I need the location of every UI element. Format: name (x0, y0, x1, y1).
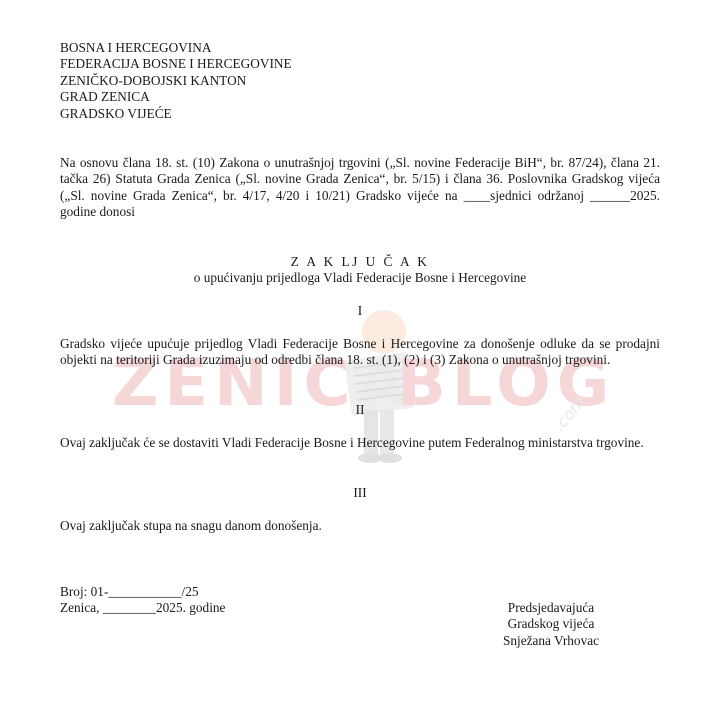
document-reference: Broj: 01-___________/25 Zenica, ________… (60, 584, 225, 617)
legal-basis-paragraph: Na osnovu člana 18. st. (10) Zakona o un… (60, 155, 660, 221)
section-number-2: II (60, 402, 660, 418)
signatory-name: Snježana Vrhovac (496, 633, 606, 649)
document-title: Z A K LJ U Č A K (60, 254, 660, 270)
place-and-date: Zenica, ________2025. godine (60, 600, 225, 616)
signature-block: Predsjedavajuća Gradskog vijeća Snježana… (496, 600, 606, 649)
header-line-country: BOSNA I HERCEGOVINA (60, 40, 292, 56)
section-text-3: Ovaj zaključak stupa na snagu danom dono… (60, 518, 660, 534)
header-line-canton: ZENIČKO-DOBOJSKI KANTON (60, 73, 292, 89)
section-number-1: I (60, 303, 660, 319)
signatory-body: Gradskog vijeća (496, 616, 606, 632)
section-number-3: III (60, 485, 660, 501)
header-line-city: GRAD ZENICA (60, 89, 292, 105)
reference-number: Broj: 01-___________/25 (60, 584, 225, 600)
institution-header: BOSNA I HERCEGOVINA FEDERACIJA BOSNE I H… (60, 40, 292, 122)
header-line-federation: FEDERACIJA BOSNE I HERCEGOVINE (60, 56, 292, 72)
section-text-2: Ovaj zaključak će se dostaviti Vladi Fed… (60, 435, 660, 451)
signatory-title: Predsjedavajuća (496, 600, 606, 616)
document-subtitle: o upućivanju prijedloga Vladi Federacije… (60, 270, 660, 286)
section-text-1: Gradsko vijeće upućuje prijedlog Vladi F… (60, 336, 660, 369)
document-page: ZENICA BLOG .com BOSNA I HERCEGOVINA FED… (0, 0, 727, 712)
header-line-council: GRADSKO VIJEĆE (60, 106, 292, 122)
